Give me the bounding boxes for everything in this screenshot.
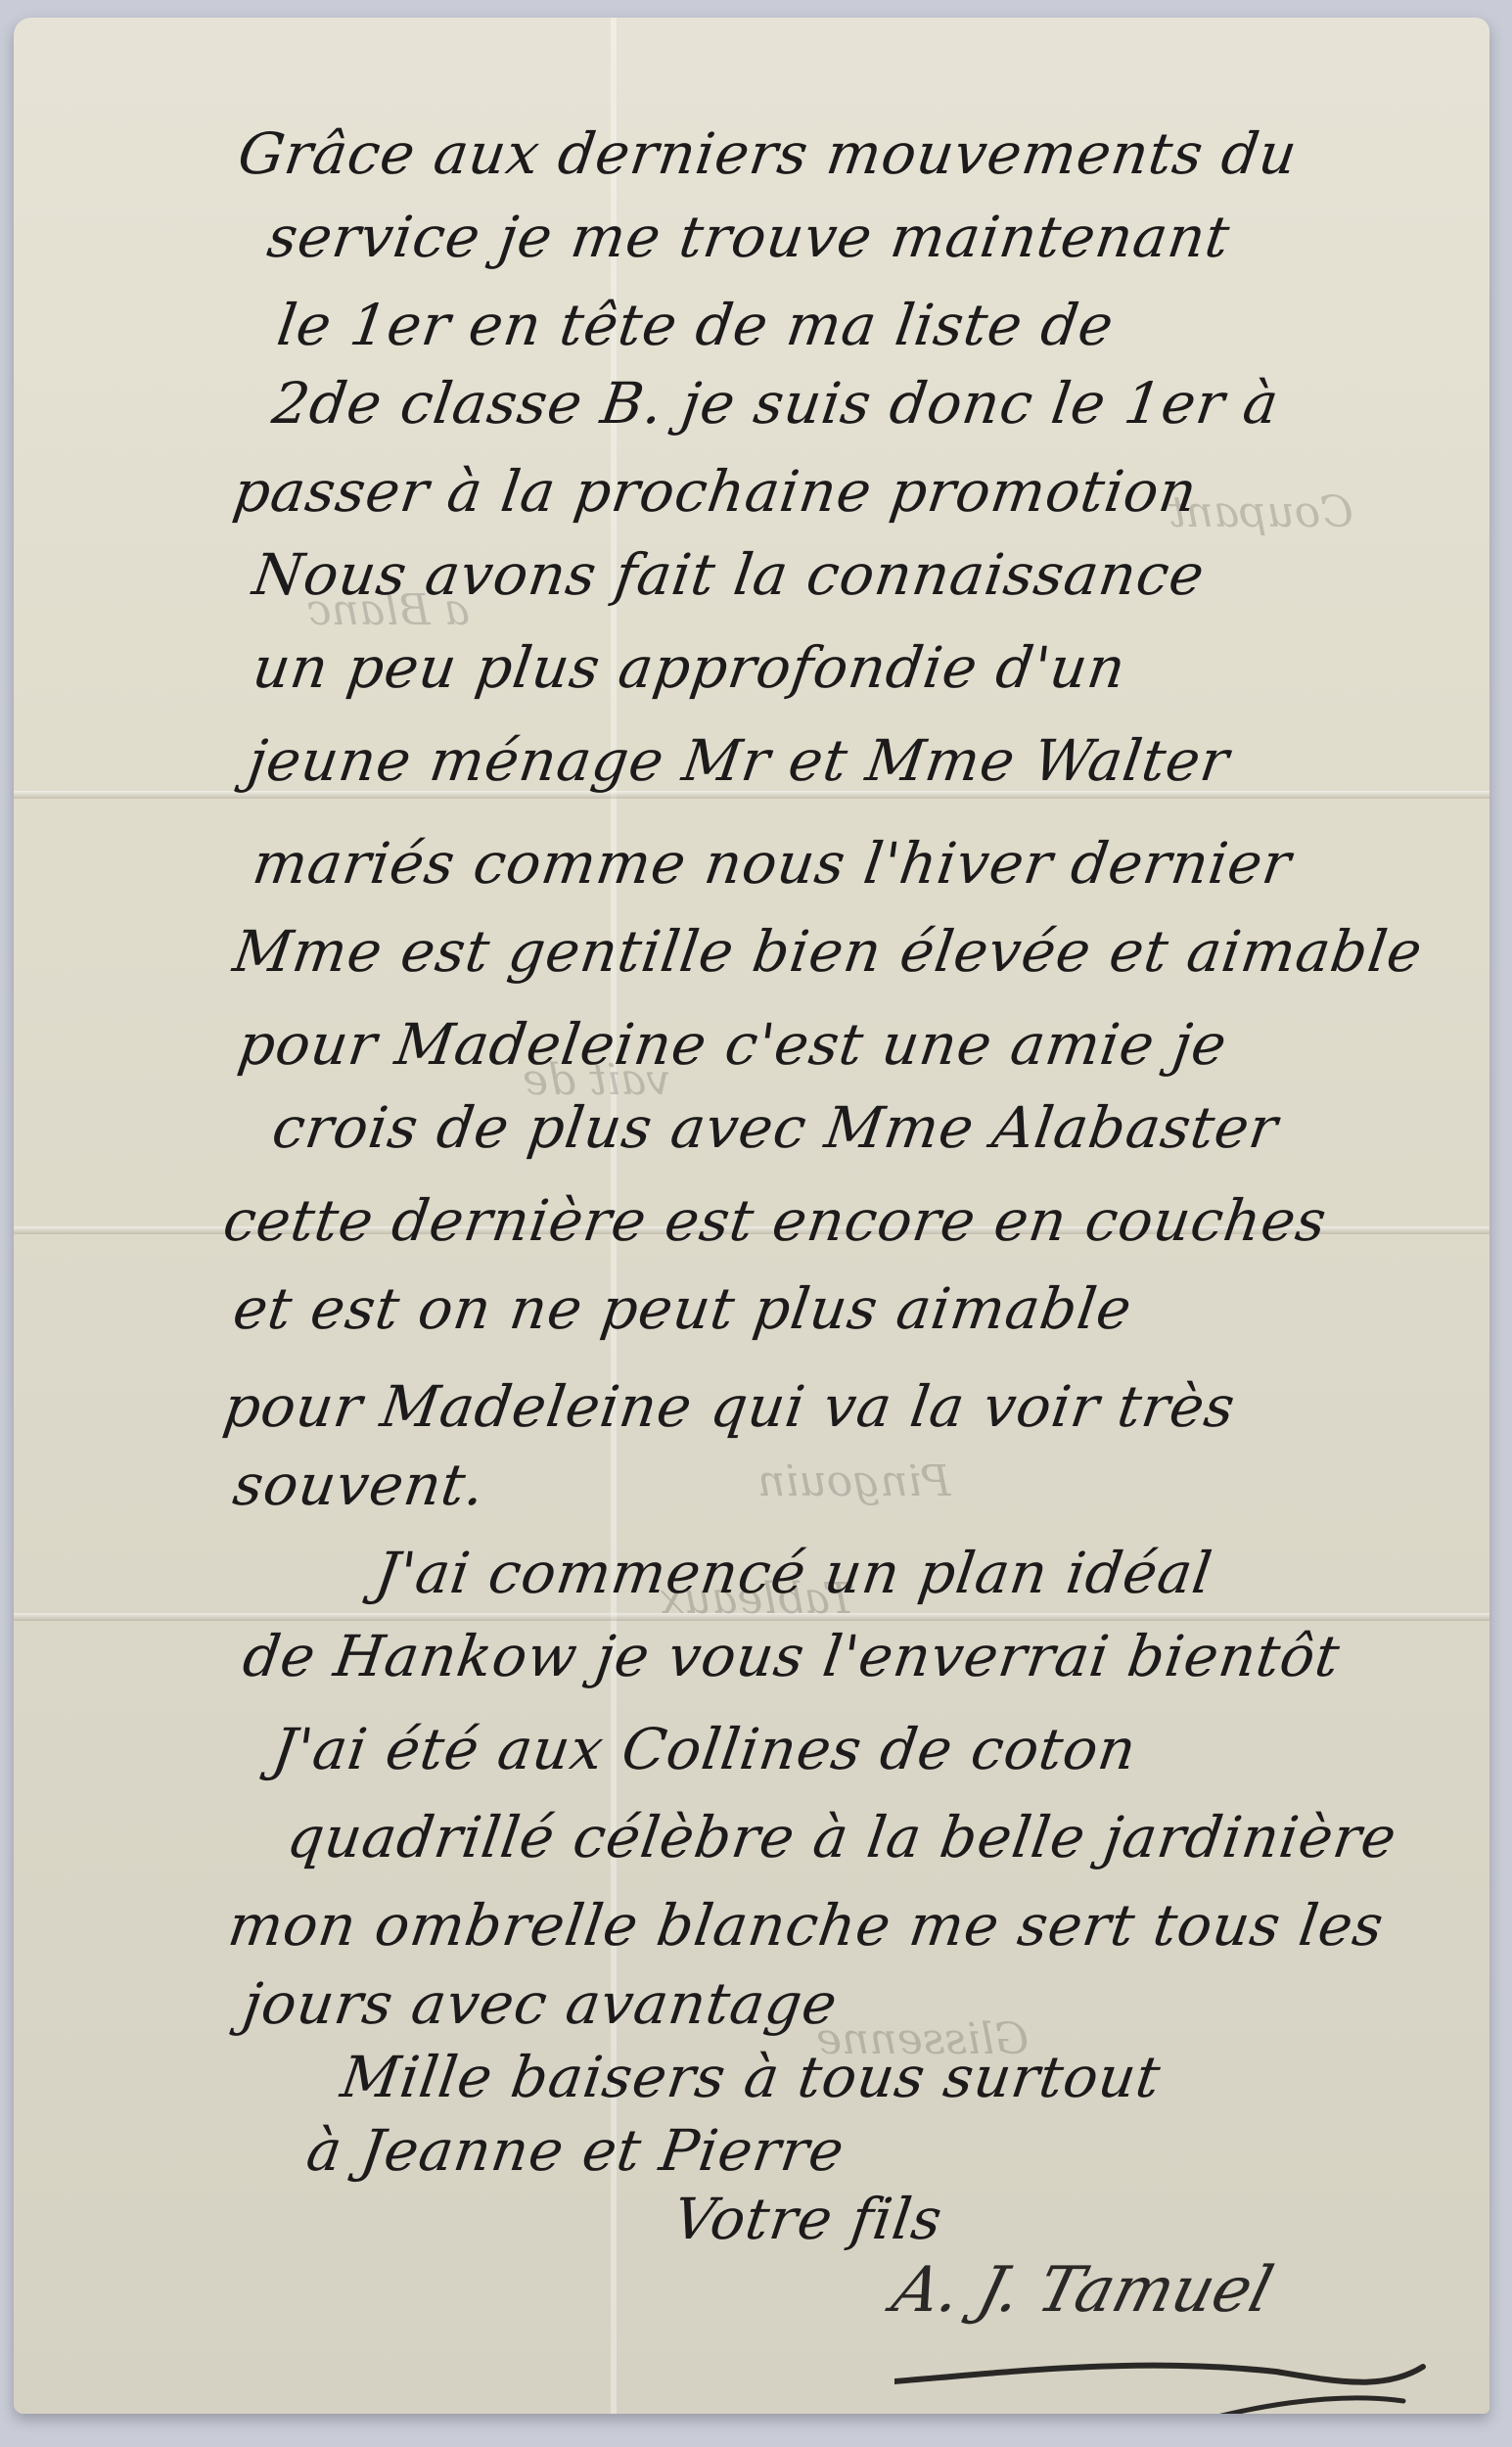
letter-line: pour Madeleine c'est une amie je [234, 1011, 1231, 1078]
letter-page: Coupant a Blanc vait de Tableaux Pingoui… [14, 18, 1489, 2414]
letter-line: jours avec avantage [239, 1970, 842, 2037]
letter-line: et est on ne peut plus aimable [229, 1275, 1136, 1342]
letter-line: J'ai commencé un plan idéal [371, 1540, 1216, 1606]
letter-line: pour Madeleine qui va la voir très [219, 1373, 1239, 1440]
letter-line: crois de plus avec Mme Alabaster [268, 1094, 1282, 1161]
letter-line: Mme est gentille bien élevée et aimable [229, 918, 1427, 985]
signature-flourish [894, 2362, 1443, 2414]
letter-line: à Jeanne et Pierre [302, 2117, 848, 2184]
letter-line: souvent. [229, 1452, 489, 1518]
letter-closing: Votre fils [669, 2186, 946, 2252]
letter-line: quadrillé célèbre à la belle jardinière [283, 1804, 1400, 1870]
letter-line: J'ai été aux Collines de coton [268, 1716, 1140, 1782]
letter-line: service je me trouve maintenant [263, 204, 1234, 270]
letter-line: 2de classe B. je suis donc le 1er à [268, 370, 1283, 437]
signature: A. J. Tamuel [886, 2254, 1280, 2327]
letter-line: le 1er en tête de ma liste de [273, 292, 1118, 358]
letter-line: Nous avons fait la connaissance [249, 541, 1209, 608]
letter-line: mariés comme nous l'hiver dernier [249, 830, 1296, 897]
letter-line: jeune ménage Mr et Mme Walter [244, 727, 1233, 794]
letter-line: un peu plus approfondie d'un [249, 634, 1130, 701]
bleed-through-text: Pingouin [757, 1456, 950, 1506]
letter-line: cette dernière est encore en couches [219, 1187, 1331, 1254]
letter-line: Mille baisers à tous surtout [337, 2044, 1165, 2110]
letter-line: mon ombrelle blanche me sert tous les [224, 1892, 1388, 1959]
letter-line: Grâce aux derniers mouvements du [234, 120, 1302, 187]
letter-line: de Hankow je vous l'enverrai bientôt [239, 1623, 1344, 1689]
letter-line: passer à la prochaine promotion [229, 458, 1202, 525]
